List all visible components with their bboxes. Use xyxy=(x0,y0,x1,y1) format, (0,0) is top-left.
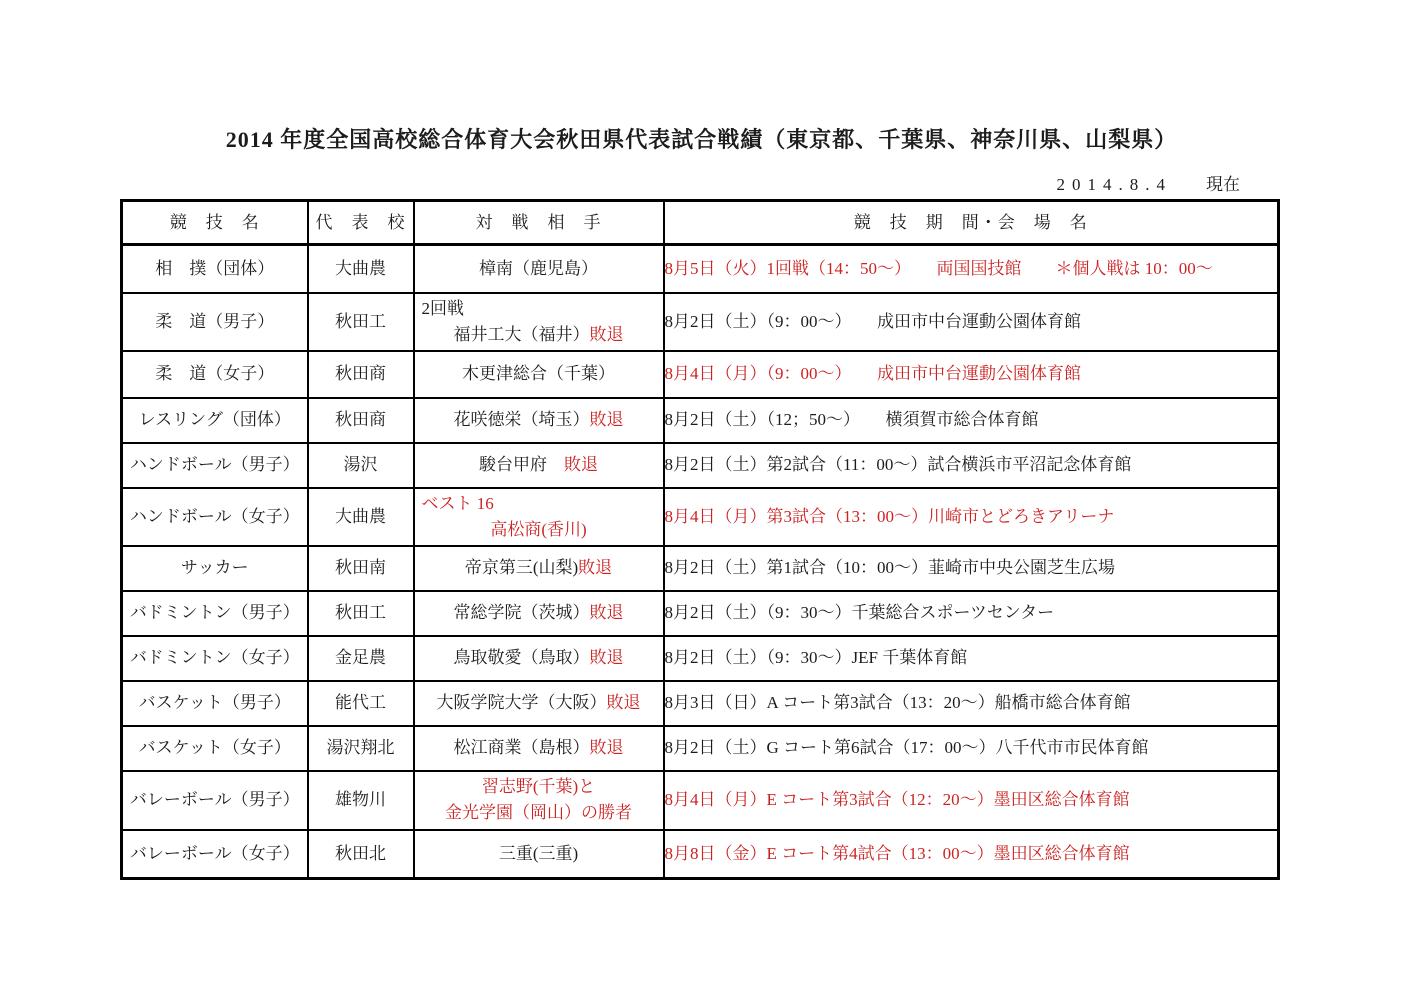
opponent-cell: 2回戦 福井工大（福井）敗退 xyxy=(414,293,664,351)
schedule-cell: 8月2日（土）（12；50～） 横須賀市総合体育館 xyxy=(664,398,1279,443)
opponent-name: 高松商(香川) xyxy=(490,520,586,539)
opponent-result: 敗退 xyxy=(590,738,624,757)
date-stamp: 2014.8.4現在 xyxy=(1057,170,1241,195)
opponent-cell: 駿台甲府 敗退 xyxy=(414,443,664,488)
schedule-cell: 8月4日（月）第3試合（13：00～）川崎市とどろきアリーナ xyxy=(664,488,1279,546)
opponent-cell: 木更津総合（千葉） xyxy=(414,351,664,398)
opponent-result: 敗退 xyxy=(578,558,612,577)
table-row: レスリング（団体） 秋田商 花咲徳栄（埼玉）敗退 8月2日（土）（12；50～）… xyxy=(122,398,1279,443)
opponent-cell: 常総学院（茨城）敗退 xyxy=(414,591,664,636)
school-cell: 能代工 xyxy=(308,681,414,726)
opponent-name: 常総学院（茨城） xyxy=(454,603,590,622)
opponent-name: 樟南（鹿児島） xyxy=(479,259,598,278)
table-row: バドミントン（男子） 秋田工 常総学院（茨城）敗退 8月2日（土）（9：30～）… xyxy=(122,591,1279,636)
table-row: ハンドボール（男子） 湯沢 駿台甲府 敗退 8月2日（土）第2試合（11：00～… xyxy=(122,443,1279,488)
opponent-cell: 鳥取敬愛（鳥取）敗退 xyxy=(414,636,664,681)
opponent-cell: 三重(三重) xyxy=(414,830,664,879)
table-row: バスケット（男子） 能代工 大阪学院大学（大阪）敗退 8月3日（日）A コート第… xyxy=(122,681,1279,726)
sport-cell: バレーボール（女子） xyxy=(122,830,308,879)
opponent-round: ベスト 16 xyxy=(415,491,663,517)
opponent-cell: 帝京第三(山梨)敗退 xyxy=(414,546,664,591)
page-title: 2014 年度全国高校総合体育大会秋田県代表試合戦績（東京都、千葉県、神奈川県、… xyxy=(0,123,1403,154)
table-row: バレーボール（女子） 秋田北 三重(三重) 8月8日（金）E コート第4試合（1… xyxy=(122,830,1279,879)
date-value: 2014.8.4 xyxy=(1057,175,1173,194)
opponent-name: 帝京第三(山梨) xyxy=(465,558,578,577)
opponent-name: 駿台甲府 xyxy=(479,455,564,474)
opponent-name: 松江商業（島根） xyxy=(454,738,590,757)
opponent-name: 金光学園（岡山）の勝者 xyxy=(445,803,632,822)
school-cell: 湯沢翔北 xyxy=(308,726,414,771)
opponent-round: 2回戦 xyxy=(415,296,663,322)
opponent-result: 敗退 xyxy=(590,603,624,622)
table-row: バドミントン（女子） 金足農 鳥取敬愛（鳥取）敗退 8月2日（土）（9：30～）… xyxy=(122,636,1279,681)
schedule-cell: 8月2日（土）第1試合（10：00～）韮崎市中央公園芝生広場 xyxy=(664,546,1279,591)
opponent-cell: 大阪学院大学（大阪）敗退 xyxy=(414,681,664,726)
sport-cell: バドミントン（男子） xyxy=(122,591,308,636)
opponent-name: 木更津総合（千葉） xyxy=(462,364,615,383)
opponent-round: 習志野(千葉)と xyxy=(415,774,663,800)
sport-cell: 柔 道（女子） xyxy=(122,351,308,398)
school-cell: 秋田商 xyxy=(308,351,414,398)
sport-cell: サッカー xyxy=(122,546,308,591)
header-school: 代 表 校 xyxy=(308,201,414,245)
school-cell: 秋田北 xyxy=(308,830,414,879)
table-row: サッカー 秋田南 帝京第三(山梨)敗退 8月2日（土）第1試合（10：00～）韮… xyxy=(122,546,1279,591)
school-cell: 大曲農 xyxy=(308,488,414,546)
school-cell: 湯沢 xyxy=(308,443,414,488)
header-sport: 競 技 名 xyxy=(122,201,308,245)
opponent-result: 敗退 xyxy=(564,455,598,474)
schedule-cell: 8月5日（火）1回戦（14：50～） 両国国技館 ＊個人戦は 10：00～ xyxy=(664,245,1279,293)
sport-cell: バドミントン（女子） xyxy=(122,636,308,681)
opponent-cell: 習志野(千葉)と 金光学園（岡山）の勝者 xyxy=(414,771,664,830)
opponent-name: 三重(三重) xyxy=(499,844,578,863)
opponent-cell: 樟南（鹿児島） xyxy=(414,245,664,293)
sport-cell: ハンドボール（女子） xyxy=(122,488,308,546)
sport-cell: バスケット（女子） xyxy=(122,726,308,771)
table-row: 柔 道（男子） 秋田工 2回戦 福井工大（福井）敗退 8月2日（土）（9：00～… xyxy=(122,293,1279,351)
opponent-cell: 松江商業（島根）敗退 xyxy=(414,726,664,771)
opponent-name: 鳥取敬愛（鳥取） xyxy=(454,648,590,667)
table-row: 相 撲（団体） 大曲農 樟南（鹿児島） 8月5日（火）1回戦（14：50～） 両… xyxy=(122,245,1279,293)
opponent-result: 敗退 xyxy=(607,693,641,712)
opponent-name: 花咲徳栄（埼玉） xyxy=(454,410,590,429)
school-cell: 金足農 xyxy=(308,636,414,681)
sport-cell: バレーボール（男子） xyxy=(122,771,308,830)
sport-cell: 柔 道（男子） xyxy=(122,293,308,351)
schedule-cell: 8月8日（金）E コート第4試合（13：00～）墨田区総合体育館 xyxy=(664,830,1279,879)
school-cell: 秋田工 xyxy=(308,293,414,351)
header-schedule: 競 技 期 間・会 場 名 xyxy=(664,201,1279,245)
header-opponent: 対 戦 相 手 xyxy=(414,201,664,245)
opponent-name: 大阪学院大学（大阪） xyxy=(437,693,607,712)
school-cell: 秋田工 xyxy=(308,591,414,636)
schedule-cell: 8月2日（土）（9：00～） 成田市中台運動公園体育館 xyxy=(664,293,1279,351)
table-row: ハンドボール（女子） 大曲農 ベスト 16 高松商(香川) 8月4日（月）第3試… xyxy=(122,488,1279,546)
opponent-result: 敗退 xyxy=(590,325,624,344)
school-cell: 雄物川 xyxy=(308,771,414,830)
sport-cell: レスリング（団体） xyxy=(122,398,308,443)
results-table: 競 技 名 代 表 校 対 戦 相 手 競 技 期 間・会 場 名 相 撲（団体… xyxy=(120,199,1280,880)
schedule-cell: 8月4日（月）E コート第3試合（12：20～）墨田区総合体育館 xyxy=(664,771,1279,830)
school-cell: 秋田南 xyxy=(308,546,414,591)
schedule-cell: 8月4日（月）（9：00～） 成田市中台運動公園体育館 xyxy=(664,351,1279,398)
schedule-cell: 8月2日（土）（9：30～）JEF 千葉体育館 xyxy=(664,636,1279,681)
school-cell: 大曲農 xyxy=(308,245,414,293)
table-header-row: 競 技 名 代 表 校 対 戦 相 手 競 技 期 間・会 場 名 xyxy=(122,201,1279,245)
opponent-cell: ベスト 16 高松商(香川) xyxy=(414,488,664,546)
opponent-cell: 花咲徳栄（埼玉）敗退 xyxy=(414,398,664,443)
schedule-cell: 8月3日（日）A コート第3試合（13：20～）船橋市総合体育館 xyxy=(664,681,1279,726)
schedule-cell: 8月2日（土）第2試合（11：00～）試合横浜市平沼記念体育館 xyxy=(664,443,1279,488)
school-cell: 秋田商 xyxy=(308,398,414,443)
table-row: バスケット（女子） 湯沢翔北 松江商業（島根）敗退 8月2日（土）G コート第6… xyxy=(122,726,1279,771)
sport-cell: バスケット（男子） xyxy=(122,681,308,726)
opponent-name: 福井工大（福井） xyxy=(454,325,590,344)
table-row: 柔 道（女子） 秋田商 木更津総合（千葉） 8月4日（月）（9：00～） 成田市… xyxy=(122,351,1279,398)
schedule-cell: 8月2日（土）（9：30～）千葉総合スポーツセンター xyxy=(664,591,1279,636)
sport-cell: ハンドボール（男子） xyxy=(122,443,308,488)
opponent-result: 敗退 xyxy=(590,410,624,429)
opponent-result: 敗退 xyxy=(590,648,624,667)
sport-cell: 相 撲（団体） xyxy=(122,245,308,293)
table-row: バレーボール（男子） 雄物川 習志野(千葉)と 金光学園（岡山）の勝者 8月4日… xyxy=(122,771,1279,830)
schedule-cell: 8月2日（土）G コート第6試合（17：00～）八千代市市民体育館 xyxy=(664,726,1279,771)
date-suffix: 現在 xyxy=(1206,175,1240,194)
